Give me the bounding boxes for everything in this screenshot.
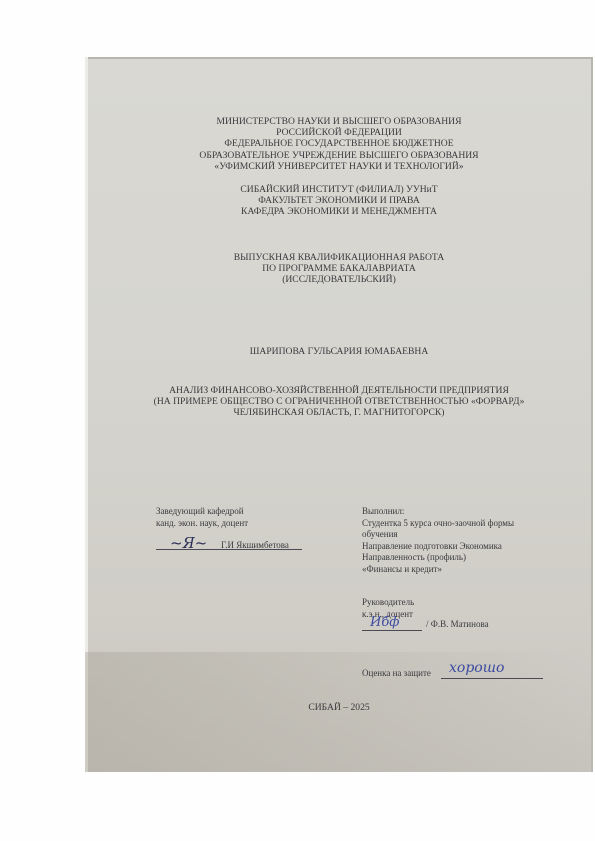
supervisor-signature: Ибф	[370, 615, 399, 630]
institute-block: СИБАЙСКИЙ ИНСТИТУТ (ФИЛИАЛ) УУНиТ ФАКУЛЬ…	[85, 184, 593, 218]
head-degree: канд. экон. наук, доцент	[156, 518, 248, 530]
work-type-block: ВЫПУСКНАЯ КВАЛИФИКАЦИОННАЯ РАБОТА ПО ПРО…	[85, 252, 593, 286]
head-name: Г.И Якшимбетова	[221, 540, 289, 551]
city-year: СИБАЙ – 2025	[85, 702, 593, 713]
header-line: «УФИМСКИЙ УНИВЕРСИТЕТ НАУКИ И ТЕХНОЛОГИЙ…	[85, 161, 593, 172]
department-line: КАФЕДРА ЭКОНОМИКИ И МЕНЕДЖМЕНТА	[85, 206, 593, 217]
performed-by-line: Направленность (профиль)	[362, 552, 514, 564]
supervisor-name: / Ф.В. Матинова	[426, 619, 489, 630]
supervisor-signature-line	[362, 630, 422, 631]
title-line: ЧЕЛЯБИНСКАЯ ОБЛАСТЬ, Г. МАГНИТОГОРСК)	[85, 407, 593, 418]
title-line: (НА ПРИМЕРЕ ОБЩЕСТВО С ОГРАНИЧЕННОЙ ОТВЕ…	[85, 396, 593, 407]
head-of-department: Заведующий кафедрой канд. экон. наук, до…	[156, 506, 248, 529]
performed-by-line: Направление подготовки Экономика	[362, 541, 514, 553]
header-line: МИНИСТЕРСТВО НАУКИ И ВЫСШЕГО ОБРАЗОВАНИЯ	[85, 116, 593, 127]
supervisor-role: Руководитель	[362, 597, 414, 609]
footer: СИБАЙ – 2025	[85, 702, 593, 713]
ministry-header: МИНИСТЕРСТВО НАУКИ И ВЫСШЕГО ОБРАЗОВАНИЯ…	[85, 116, 593, 172]
performed-by-line: Студентка 5 курса очно-заочной формы	[362, 518, 514, 530]
head-role: Заведующий кафедрой	[156, 506, 248, 518]
performed-by-line: обучения	[362, 529, 514, 541]
thesis-title: АНАЛИЗ ФИНАНСОВО-ХОЗЯЙСТВЕННОЙ ДЕЯТЕЛЬНО…	[85, 385, 593, 419]
grade-line	[441, 678, 543, 679]
author-block: ШАРИПОВА ГУЛЬСАРИЯ ЮМАБАЕВНА	[85, 346, 593, 357]
header-line: РОССИЙСКОЙ ФЕДЕРАЦИИ	[85, 127, 593, 138]
performed-by: Выполнил: Студентка 5 курса очно-заочной…	[362, 506, 514, 575]
grade-value: хорошо	[449, 660, 504, 676]
performed-by-line: «Финансы и кредит»	[362, 564, 514, 576]
work-type-line: (ИССЛЕДОВАТЕЛЬСКИЙ)	[85, 274, 593, 285]
head-signature: ~Я~	[170, 534, 207, 552]
grade-label: Оценка на защите	[362, 668, 431, 679]
work-type-line: ПО ПРОГРАММЕ БАКАЛАВРИАТА	[85, 263, 593, 274]
title-line: АНАЛИЗ ФИНАНСОВО-ХОЗЯЙСТВЕННОЙ ДЕЯТЕЛЬНО…	[85, 385, 593, 396]
faculty-line: ФАКУЛЬТЕТ ЭКОНОМИКИ И ПРАВА	[85, 195, 593, 206]
work-type-line: ВЫПУСКНАЯ КВАЛИФИКАЦИОННАЯ РАБОТА	[85, 252, 593, 263]
institute-line: СИБАЙСКИЙ ИНСТИТУТ (ФИЛИАЛ) УУНиТ	[85, 184, 593, 195]
header-line: ФЕДЕРАЛЬНОЕ ГОСУДАРСТВЕННОЕ БЮДЖЕТНОЕ	[85, 138, 593, 149]
header-line: ОБРАЗОВАТЕЛЬНОЕ УЧРЕЖДЕНИЕ ВЫСШЕГО ОБРАЗ…	[85, 150, 593, 161]
author-name: ШАРИПОВА ГУЛЬСАРИЯ ЮМАБАЕВНА	[85, 346, 593, 357]
performed-by-label: Выполнил:	[362, 506, 514, 518]
